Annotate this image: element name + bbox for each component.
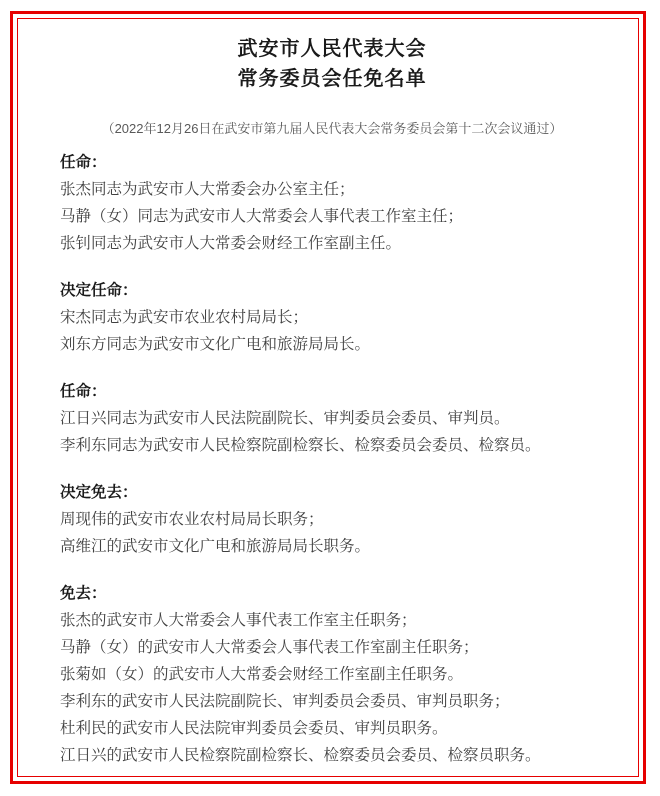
section-heading: 免去： [60, 580, 604, 607]
section-heading: 决定任命： [60, 277, 604, 304]
section-heading: 任命： [60, 378, 604, 405]
appointment-line: 马静（女）同志为武安市人大常委会人事代表工作室主任； [60, 203, 604, 230]
document-title-line-2: 常务委员会任免名单 [60, 64, 604, 94]
document-body: 武安市人民代表大会 常务委员会任免名单 （2022年12月26日在武安市第九届人… [18, 19, 638, 769]
section-decided-removals: 决定免去： 周现伟的武安市农业农村局局长职务； 高维江的武安市文化广电和旅游局局… [60, 479, 604, 560]
removal-line: 周现伟的武安市农业农村局局长职务； [60, 506, 604, 533]
appointment-line: 江日兴同志为武安市人民法院副院长、审判委员会委员、审判员。 [60, 405, 604, 432]
removal-line: 马静（女）的武安市人大常委会人事代表工作室副主任职务； [60, 634, 604, 661]
section-heading: 决定免去： [60, 479, 604, 506]
appointment-line: 刘东方同志为武安市文化广电和旅游局局长。 [60, 331, 604, 358]
document-inner-frame: 武安市人民代表大会 常务委员会任免名单 （2022年12月26日在武安市第九届人… [17, 18, 639, 777]
appointment-line: 宋杰同志为武安市农业农村局局长； [60, 304, 604, 331]
appointment-line: 张钊同志为武安市人大常委会财经工作室副主任。 [60, 230, 604, 257]
removal-line: 杜利民的武安市人民法院审判委员会委员、审判员职务。 [60, 715, 604, 742]
section-decided-appointments: 决定任命： 宋杰同志为武安市农业农村局局长； 刘东方同志为武安市文化广电和旅游局… [60, 277, 604, 358]
section-heading: 任命： [60, 149, 604, 176]
removal-line: 江日兴的武安市人民检察院副检察长、检察委员会委员、检察员职务。 [60, 742, 604, 769]
section-appointments-1: 任命： 张杰同志为武安市人大常委会办公室主任； 马静（女）同志为武安市人大常委会… [60, 149, 604, 257]
document-outer-frame: 武安市人民代表大会 常务委员会任免名单 （2022年12月26日在武安市第九届人… [10, 11, 646, 784]
removal-line: 高维江的武安市文化广电和旅游局局长职务。 [60, 533, 604, 560]
removal-line: 李利东的武安市人民法院副院长、审判委员会委员、审判员职务； [60, 688, 604, 715]
section-appointments-2: 任命： 江日兴同志为武安市人民法院副院长、审判委员会委员、审判员。 李利东同志为… [60, 378, 604, 459]
appointment-line: 张杰同志为武安市人大常委会办公室主任； [60, 176, 604, 203]
appointment-line: 李利东同志为武安市人民检察院副检察长、检察委员会委员、检察员。 [60, 432, 604, 459]
document-subtitle: （2022年12月26日在武安市第九届人民代表大会常务委员会第十二次会议通过） [60, 120, 604, 138]
document-title-line-1: 武安市人民代表大会 [60, 34, 604, 64]
section-removals: 免去： 张杰的武安市人大常委会人事代表工作室主任职务； 马静（女）的武安市人大常… [60, 580, 604, 769]
removal-line: 张杰的武安市人大常委会人事代表工作室主任职务； [60, 607, 604, 634]
removal-line: 张菊如（女）的武安市人大常委会财经工作室副主任职务。 [60, 661, 604, 688]
